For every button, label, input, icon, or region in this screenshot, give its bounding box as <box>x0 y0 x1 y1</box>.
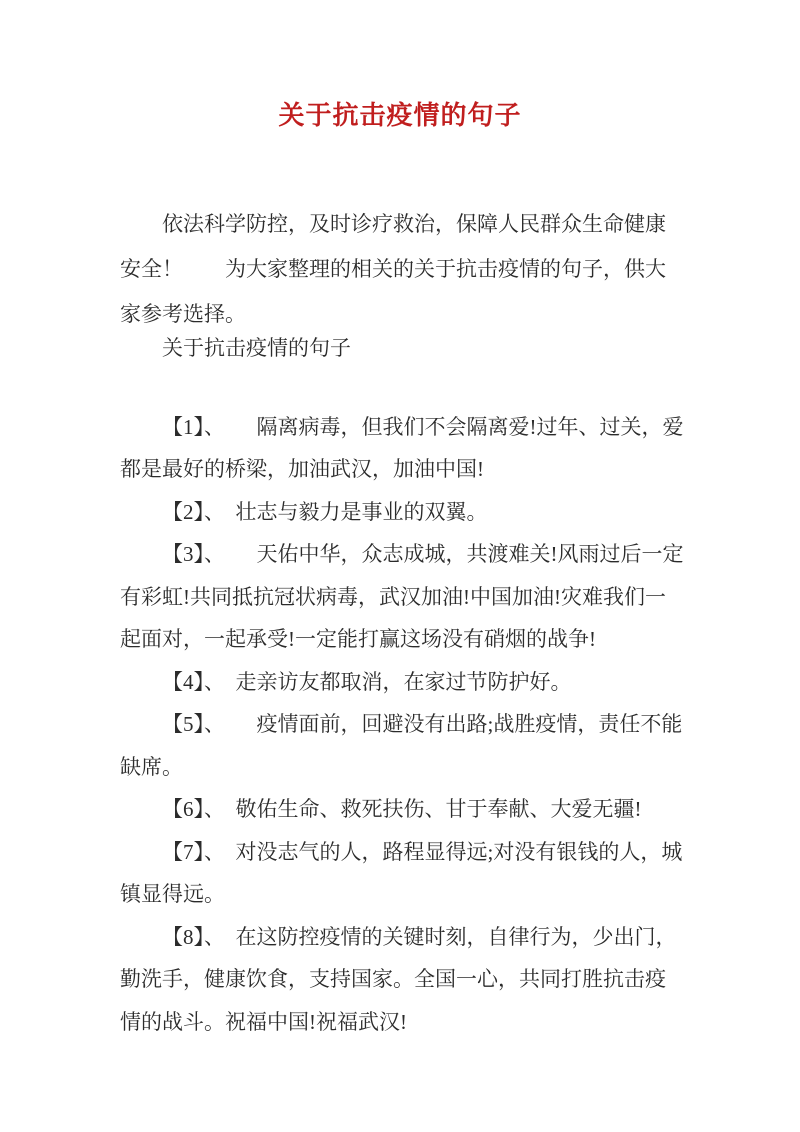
sentence-list: 【1】、 隔离病毒，但我们不会隔离爱!过年、过关，爱都是最好的桥梁，加油武汉，加… <box>120 406 686 1044</box>
sub-heading: 关于抗击疫情的句子 <box>120 327 686 370</box>
document-title: 关于抗击疫情的句子 <box>0 0 800 132</box>
sentence-item: 【6】、 敬佑生命、救死扶伤、甘于奉献、大爱无疆! <box>120 788 686 831</box>
sentence-item: 【1】、 隔离病毒，但我们不会隔离爱!过年、过关，爱都是最好的桥梁，加油武汉，加… <box>120 406 686 491</box>
sentence-item: 【2】、 壮志与毅力是事业的双翼。 <box>120 491 686 534</box>
sentence-item: 【3】、 天佑中华，众志成城，共渡难关!风雨过后一定有彩虹!共同抵抗冠状病毒，武… <box>120 533 686 661</box>
intro-paragraph: 依法科学防控，及时诊疗救治，保障人民群众生命健康安全！ 为大家整理的相关的关于抗… <box>120 202 686 337</box>
sentence-item: 【4】、 走亲访友都取消，在家过节防护好。 <box>120 661 686 704</box>
sentence-item: 【5】、 疫情面前，回避没有出路;战胜疫情，责任不能缺席。 <box>120 703 686 788</box>
document-page: 关于抗击疫情的句子 依法科学防控，及时诊疗救治，保障人民群众生命健康安全！ 为大… <box>0 0 800 1132</box>
document-body: 依法科学防控，及时诊疗救治，保障人民群众生命健康安全！ 为大家整理的相关的关于抗… <box>120 202 686 1043</box>
sentence-item: 【8】、 在这防控疫情的关键时刻，自律行为，少出门，勤洗手，健康饮食，支持国家。… <box>120 916 686 1044</box>
sentence-item: 【7】、 对没志气的人，路程显得远;对没有银钱的人，城镇显得远。 <box>120 831 686 916</box>
